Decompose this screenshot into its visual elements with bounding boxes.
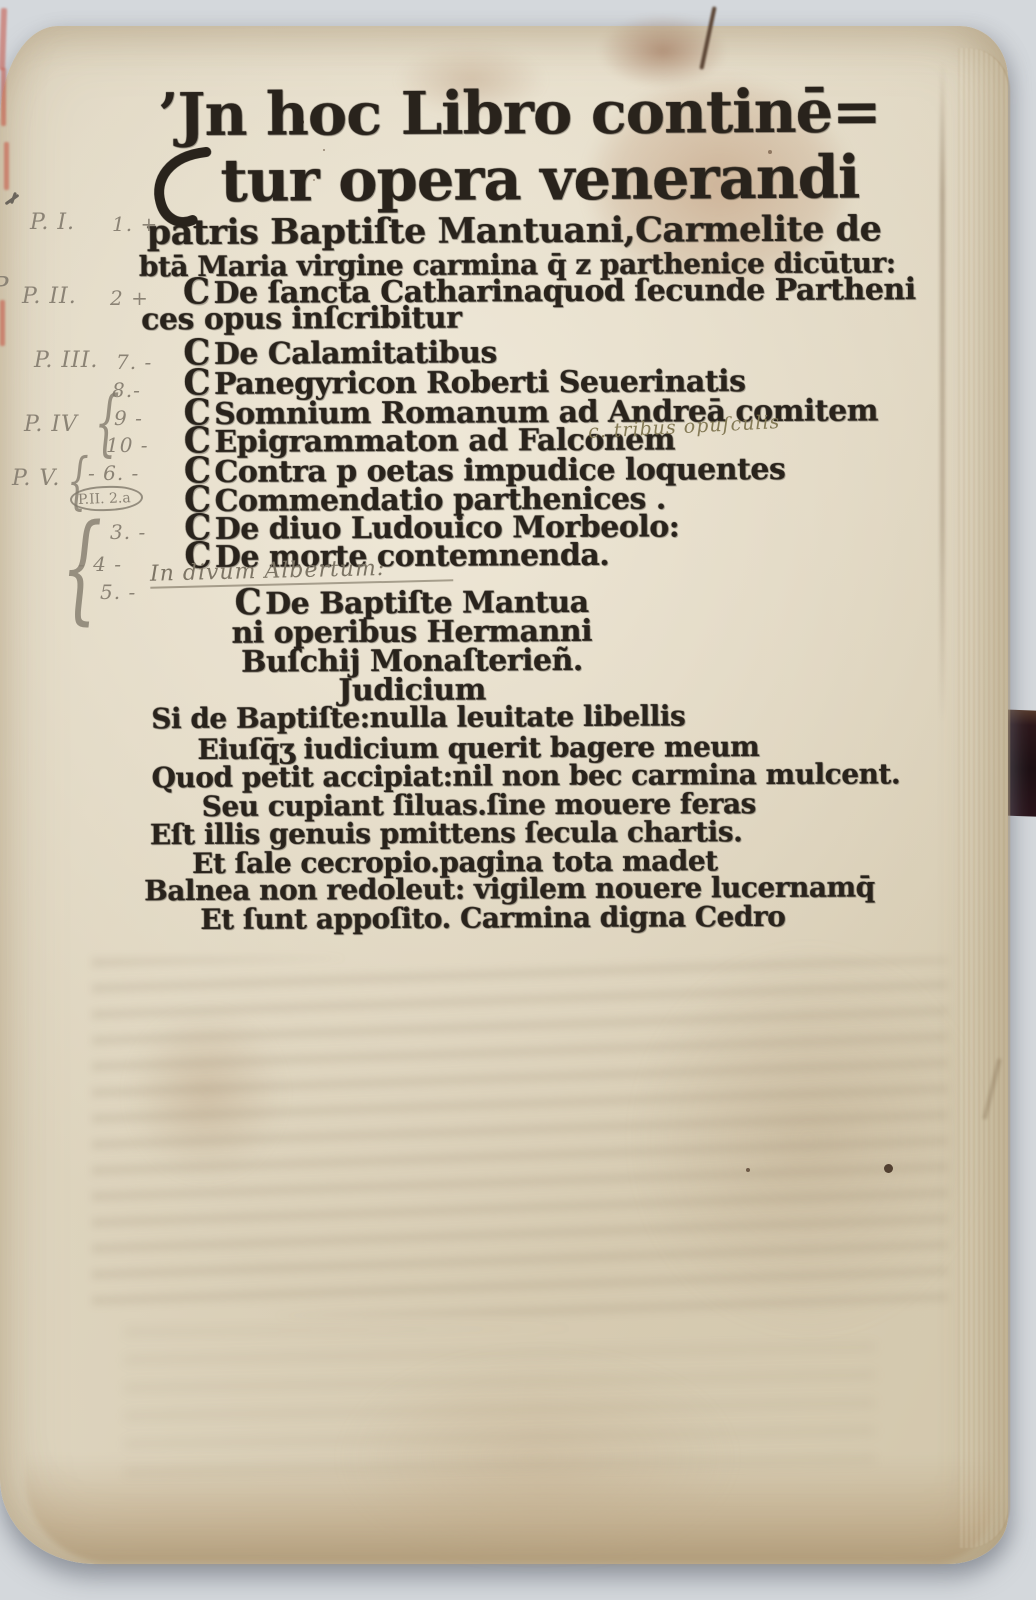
margin-num-4: - 4 - xyxy=(78,552,122,576)
margin-part-1-num: 1. + xyxy=(112,212,158,236)
epigrammaton-handwritten-note: c. tribus opuſculis xyxy=(588,411,781,443)
margin-part-4-label: P. IV xyxy=(24,412,78,437)
margin-part-1-label: P. I. xyxy=(30,210,75,235)
photo-of-book-page: ’Jn hoc Libro continē= tur opera veneran… xyxy=(0,0,1036,1600)
margin-part-3-num: 7. - xyxy=(116,350,152,374)
margin-part-2-num: 2 + xyxy=(110,286,149,310)
margin-part-3-label: P. III. xyxy=(34,348,98,373)
margin-part-2-label: P. II. xyxy=(22,284,77,309)
margin-num-9: 9 - xyxy=(114,406,143,430)
margin-num-6: - 6. - xyxy=(88,461,139,485)
margin-num-3: 3. - xyxy=(110,520,146,544)
margin-num-5: 5. - xyxy=(100,580,136,604)
margin-num-10: 10 - xyxy=(106,433,149,457)
marginalia-layer: P P. I. 1. + P. II. 2 + P. III. 7. - 8.-… xyxy=(0,0,1036,1600)
cut-edge-letter: P xyxy=(0,272,10,302)
margin-part-5-label: P. V. xyxy=(12,466,60,491)
albertum-handwritten-note: In divum Albertum: xyxy=(150,554,454,588)
